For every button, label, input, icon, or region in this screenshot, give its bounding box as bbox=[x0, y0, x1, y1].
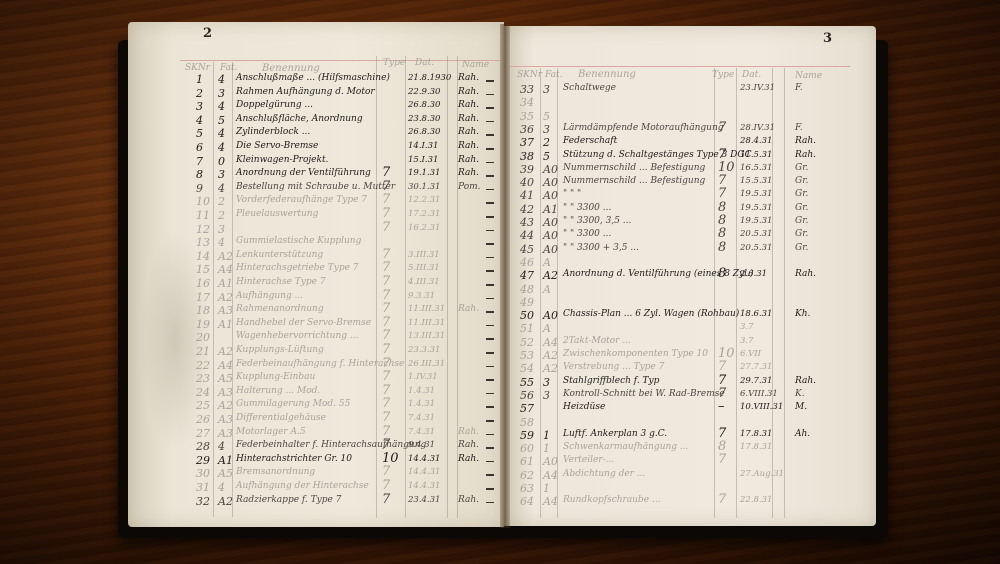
row-description: Abdichtung der ... bbox=[563, 469, 645, 479]
row-description: Federbeinaufhängung f. Hinterachse bbox=[236, 359, 404, 369]
row-date: 28.IV.31 bbox=[740, 123, 775, 133]
row-name: Rah. bbox=[795, 269, 816, 279]
row-number: 5 bbox=[196, 127, 203, 140]
row-name: Rah. bbox=[458, 155, 479, 165]
left-header-name: Name bbox=[462, 60, 489, 70]
row-type: 7 bbox=[718, 492, 726, 507]
margin-tick bbox=[486, 270, 494, 272]
margin-tick bbox=[486, 162, 494, 164]
row-date: 13.III.31 bbox=[408, 331, 445, 341]
row-fat: A5 bbox=[218, 467, 233, 480]
row-number: 62 bbox=[520, 469, 534, 482]
row-fat: A4 bbox=[218, 359, 233, 372]
row-fat: 1 bbox=[543, 429, 550, 442]
row-date: 11.III.31 bbox=[408, 304, 445, 314]
row-number: 57 bbox=[520, 402, 534, 415]
row-type: 7 bbox=[718, 452, 726, 467]
row-description: Federschaft bbox=[563, 136, 617, 146]
row-number: 34 bbox=[520, 96, 534, 109]
row-number: 17 bbox=[196, 291, 210, 304]
row-number: 51 bbox=[520, 322, 534, 335]
row-fat: 3 bbox=[543, 376, 550, 389]
row-fat: A bbox=[543, 283, 551, 296]
row-fat: A1 bbox=[218, 454, 233, 467]
right-header-type: Type bbox=[712, 70, 734, 80]
row-number: 28 bbox=[196, 440, 210, 453]
row-fat: A3 bbox=[218, 427, 233, 440]
margin-tick bbox=[486, 311, 494, 313]
left-header-type: Type bbox=[383, 58, 405, 68]
row-description: Hinterachstrichter Gr. 10 bbox=[236, 454, 352, 464]
row-number: 49 bbox=[520, 296, 534, 309]
row-date: 20.5.31 bbox=[740, 243, 772, 253]
row-description: Kupplungs-Lüftung bbox=[236, 345, 324, 355]
row-description: Heizdüse bbox=[563, 402, 605, 412]
row-fat: A bbox=[543, 256, 551, 269]
row-date: 1.IV.31 bbox=[408, 372, 438, 382]
row-date: 18.6.31 bbox=[740, 309, 772, 319]
row-fat: A0 bbox=[543, 229, 558, 242]
row-date: 17.8.31 bbox=[740, 442, 772, 452]
row-description: Federbeinhalter f. Hinterachsaufhängung bbox=[236, 440, 426, 450]
row-number: 27 bbox=[196, 427, 210, 440]
row-fat: A2 bbox=[218, 250, 233, 263]
row-date: 7.4.31 bbox=[408, 427, 435, 437]
row-fat: A4 bbox=[543, 469, 558, 482]
row-number: 9 bbox=[196, 182, 203, 195]
row-name: Rah. bbox=[458, 168, 479, 178]
row-number: 47 bbox=[520, 269, 534, 282]
row-date: 12.2.31 bbox=[408, 195, 440, 205]
margin-tick bbox=[486, 298, 494, 300]
row-type: 8 bbox=[718, 240, 726, 255]
row-date: 5.III.31 bbox=[408, 263, 440, 273]
row-number: 39 bbox=[520, 163, 534, 176]
row-name: F. bbox=[795, 123, 803, 133]
row-number: 53 bbox=[520, 349, 534, 362]
row-fat: A1 bbox=[218, 318, 233, 331]
row-number: 8 bbox=[196, 168, 203, 181]
row-date: 10.VIII.31 bbox=[740, 402, 783, 412]
row-name: Gr. bbox=[795, 163, 808, 173]
row-fat: 3 bbox=[218, 87, 225, 100]
row-date: 19.1.31 bbox=[408, 168, 440, 178]
row-description: Nummernschild ... Befestigung bbox=[563, 176, 705, 186]
row-fat: A3 bbox=[218, 386, 233, 399]
margin-tick bbox=[486, 379, 494, 381]
margin-tick bbox=[486, 366, 494, 368]
row-fat: 4 bbox=[218, 73, 225, 86]
row-date: 6.VII bbox=[740, 349, 761, 359]
row-number: 44 bbox=[520, 229, 534, 242]
row-fat: 4 bbox=[218, 182, 225, 195]
row-date: 27.7.31 bbox=[740, 362, 772, 372]
row-description: Kontroll-Schnitt bei W. Rad-Bremse bbox=[563, 389, 725, 399]
row-date: 21.8.1930 bbox=[408, 73, 451, 83]
row-number: 20 bbox=[196, 331, 210, 344]
row-number: 48 bbox=[520, 283, 534, 296]
row-fat: 4 bbox=[218, 236, 225, 249]
margin-tick bbox=[486, 338, 494, 340]
row-fat: A4 bbox=[218, 263, 233, 276]
row-name: Rah. bbox=[795, 150, 816, 160]
margin-tick bbox=[486, 352, 494, 354]
row-description: Anschlußmaße ... (Hilfsmaschine) bbox=[236, 73, 390, 83]
margin-tick bbox=[486, 175, 494, 177]
row-fat: A3 bbox=[218, 304, 233, 317]
row-description: Zwischenkomponenten Type 10 bbox=[563, 349, 708, 359]
row-fat: A0 bbox=[543, 163, 558, 176]
row-description: Vorderfederaufhänge Type 7 bbox=[236, 195, 367, 205]
margin-tick bbox=[486, 406, 494, 408]
margin-tick bbox=[486, 202, 494, 204]
row-date: 15.I.31 bbox=[408, 155, 438, 165]
row-date: 30.1.31 bbox=[408, 182, 440, 192]
row-date: 26.III.31 bbox=[408, 359, 445, 369]
row-fat: 2 bbox=[218, 195, 225, 208]
row-number: 46 bbox=[520, 256, 534, 269]
row-fat: A2 bbox=[543, 362, 558, 375]
row-number: 31 bbox=[196, 481, 210, 494]
margin-tick bbox=[486, 488, 494, 490]
row-date: 4.III.31 bbox=[408, 277, 440, 287]
left-page-number: 2 bbox=[203, 26, 212, 41]
row-fat: A4 bbox=[543, 495, 558, 508]
row-date: 28.4.31 bbox=[740, 136, 772, 146]
row-description: Differentialgehäuse bbox=[236, 413, 326, 423]
row-number: 15 bbox=[196, 263, 210, 276]
row-name: Gr. bbox=[795, 216, 808, 226]
right-col-rule bbox=[714, 68, 715, 518]
row-name: Gr. bbox=[795, 203, 808, 213]
book-spine bbox=[500, 24, 510, 528]
row-description: Luftf. Ankerplan 3 g.C. bbox=[563, 429, 667, 439]
row-date: 14.I.31 bbox=[408, 141, 438, 151]
row-date: 19.5.31 bbox=[740, 216, 772, 226]
row-description: Radzierkappe f. Type 7 bbox=[236, 495, 341, 505]
row-number: 22 bbox=[196, 359, 210, 372]
row-name: Rah. bbox=[795, 136, 816, 146]
margin-tick bbox=[486, 216, 494, 218]
row-description: " " 3300 + 3,5 ... bbox=[563, 243, 639, 253]
row-fat: 3 bbox=[218, 168, 225, 181]
margin-tick bbox=[486, 80, 494, 82]
row-description: " " 3300 ... bbox=[563, 229, 611, 239]
row-fat: A3 bbox=[218, 413, 233, 426]
row-date: 16.2.31 bbox=[408, 223, 440, 233]
row-number: 54 bbox=[520, 362, 534, 375]
row-description: Anordnung der Ventilführung bbox=[236, 168, 371, 178]
row-number: 21 bbox=[196, 345, 210, 358]
row-date: 15.5.31 bbox=[740, 176, 772, 186]
margin-tick bbox=[486, 243, 494, 245]
row-number: 18 bbox=[196, 304, 210, 317]
row-number: 32 bbox=[196, 495, 210, 508]
row-date: 16.5.31 bbox=[740, 163, 772, 173]
row-name: Gr. bbox=[795, 229, 808, 239]
row-fat: A2 bbox=[218, 345, 233, 358]
row-description: " " " bbox=[563, 189, 581, 199]
row-type: 7 bbox=[382, 492, 390, 507]
row-date: 26.8.30 bbox=[408, 100, 440, 110]
row-date: 17.8.31 bbox=[740, 429, 772, 439]
row-description: Aufhängung ... bbox=[236, 291, 303, 301]
row-fat: 3 bbox=[543, 389, 550, 402]
row-description: Stahlgriffblech f. Typ bbox=[563, 376, 659, 386]
row-name: Rah. bbox=[458, 127, 479, 137]
row-number: 26 bbox=[196, 413, 210, 426]
row-date: 9.3.31 bbox=[408, 291, 435, 301]
row-number: 6 bbox=[196, 141, 203, 154]
row-date: 19.5.31 bbox=[740, 189, 772, 199]
right-header-date: Dat. bbox=[742, 70, 761, 80]
row-fat: 4 bbox=[218, 141, 225, 154]
row-fat: 4 bbox=[218, 440, 225, 453]
row-number: 29 bbox=[196, 454, 210, 467]
row-number: 12 bbox=[196, 223, 210, 236]
margin-tick bbox=[486, 107, 494, 109]
row-description: " " 3300, 3,5 ... bbox=[563, 216, 631, 226]
left-col-rule bbox=[213, 62, 214, 517]
row-name: Ah. bbox=[795, 429, 810, 439]
row-fat: A2 bbox=[218, 399, 233, 412]
row-date: 1.4.31 bbox=[408, 399, 435, 409]
row-number: 61 bbox=[520, 455, 534, 468]
left-header-fat: Fat. bbox=[220, 63, 237, 73]
row-description: 2Takt-Motor ... bbox=[563, 336, 631, 346]
row-number: 56 bbox=[520, 389, 534, 402]
row-date: 3.7 bbox=[740, 336, 754, 346]
row-description: Pleuelauswertung bbox=[236, 209, 318, 219]
row-date: 22.8.31 bbox=[740, 495, 772, 505]
row-description: Halterung ... Mod. bbox=[236, 386, 320, 396]
left-header-nr: SKNr bbox=[185, 63, 210, 73]
row-number: 23 bbox=[196, 372, 210, 385]
row-number: 10 bbox=[196, 195, 210, 208]
row-description: Schwenkarmaufhängung ... bbox=[563, 442, 689, 452]
row-date: 17.2.31 bbox=[408, 209, 440, 219]
row-date: 14.4.31 bbox=[408, 454, 440, 464]
row-description: Nummernschild ... Befestigung bbox=[563, 163, 705, 173]
row-name: Kh. bbox=[795, 309, 810, 319]
row-number: 41 bbox=[520, 189, 534, 202]
row-number: 58 bbox=[520, 416, 534, 429]
margin-tick bbox=[486, 474, 494, 476]
row-fat: 1 bbox=[543, 482, 550, 495]
row-type: 7 bbox=[382, 220, 390, 235]
row-description: Bestellung mit Schraube u. Mutter bbox=[236, 182, 395, 192]
row-fat: 3 bbox=[218, 223, 225, 236]
row-type: 7 bbox=[718, 120, 726, 135]
row-description: Kupplung-Einbau bbox=[236, 372, 315, 382]
row-description: Lärmdämpfende Motoraufhängung bbox=[563, 123, 724, 133]
row-fat: A4 bbox=[543, 336, 558, 349]
row-fat: 4 bbox=[218, 481, 225, 494]
row-fat: A0 bbox=[543, 189, 558, 202]
row-fat: A5 bbox=[218, 372, 233, 385]
row-number: 1 bbox=[196, 73, 203, 86]
margin-tick bbox=[486, 325, 494, 327]
row-fat: A0 bbox=[543, 243, 558, 256]
margin-tick bbox=[486, 134, 494, 136]
margin-tick bbox=[486, 393, 494, 395]
row-fat: 2 bbox=[218, 209, 225, 222]
right-header-nr: SKNr bbox=[517, 70, 542, 80]
row-date: 7.4.31 bbox=[408, 413, 435, 423]
row-type: – bbox=[718, 399, 725, 414]
row-name: K. bbox=[795, 389, 805, 399]
row-description: Hinterachsgetriebe Type 7 bbox=[236, 263, 359, 273]
row-description: Rahmenanordnung bbox=[236, 304, 324, 314]
row-name: Rah. bbox=[458, 454, 479, 464]
row-number: 38 bbox=[520, 150, 534, 163]
row-fat: 4 bbox=[218, 127, 225, 140]
row-fat: 3 bbox=[543, 83, 550, 96]
right-col-rule bbox=[557, 68, 558, 518]
row-number: 59 bbox=[520, 429, 534, 442]
row-description: Rundkopfschraube ... bbox=[563, 495, 661, 505]
row-number: 60 bbox=[520, 442, 534, 455]
row-description: Anschlußfläche, Anordnung bbox=[236, 114, 363, 124]
row-number: 63 bbox=[520, 482, 534, 495]
row-description: Verstrebung ... Type 7 bbox=[563, 362, 664, 372]
row-number: 43 bbox=[520, 216, 534, 229]
row-name: Pom. bbox=[458, 182, 481, 192]
row-fat: A0 bbox=[543, 216, 558, 229]
row-date: 11.III.31 bbox=[408, 318, 445, 328]
row-fat: A2 bbox=[543, 349, 558, 362]
row-date: 23.4.31 bbox=[408, 495, 440, 505]
row-description: Doppelgürung ... bbox=[236, 100, 313, 110]
row-date: 6.VIII.31 bbox=[740, 389, 778, 399]
left-header-date: Dat. bbox=[415, 58, 434, 68]
row-number: 37 bbox=[520, 136, 534, 149]
row-name: Rah. bbox=[458, 304, 479, 314]
row-description: Wagenhebervorrichtung ... bbox=[236, 331, 358, 341]
row-name: Rah. bbox=[458, 141, 479, 151]
row-description: Schaltwege bbox=[563, 83, 616, 93]
row-number: 19 bbox=[196, 318, 210, 331]
row-number: 45 bbox=[520, 243, 534, 256]
margin-tick bbox=[486, 502, 494, 504]
row-name: Rah. bbox=[458, 427, 479, 437]
row-date: 23.8.30 bbox=[408, 114, 440, 124]
margin-tick bbox=[486, 420, 494, 422]
right-col-rule bbox=[784, 68, 785, 518]
row-date: 23.3.31 bbox=[408, 345, 440, 355]
row-fat: A1 bbox=[218, 277, 233, 290]
row-number: 35 bbox=[520, 110, 534, 123]
row-date: 26.8.30 bbox=[408, 127, 440, 137]
row-fat: 1 bbox=[543, 442, 550, 455]
row-name: Gr. bbox=[795, 243, 808, 253]
row-fat: A0 bbox=[543, 309, 558, 322]
row-description: Aufhängung der Hinterachse bbox=[236, 481, 369, 491]
row-name: F. bbox=[795, 83, 803, 93]
row-name: Rah. bbox=[458, 114, 479, 124]
row-number: 42 bbox=[520, 203, 534, 216]
row-description: Gummielastische Kupplung bbox=[236, 236, 361, 246]
margin-tick bbox=[486, 121, 494, 123]
row-number: 36 bbox=[520, 123, 534, 136]
margin-tick bbox=[486, 461, 494, 463]
row-number: 33 bbox=[520, 83, 534, 96]
row-description: Handhebel der Servo-Bremse bbox=[236, 318, 371, 328]
margin-tick bbox=[486, 148, 494, 150]
row-fat: 2 bbox=[543, 136, 550, 149]
row-description: " " 3300 ... bbox=[563, 203, 611, 213]
row-number: 52 bbox=[520, 336, 534, 349]
right-header-rule bbox=[510, 66, 850, 67]
row-name: Gr. bbox=[795, 176, 808, 186]
row-number: 11 bbox=[196, 209, 210, 222]
row-fat: 5 bbox=[543, 110, 550, 123]
row-description: Lenkunterstützung bbox=[236, 250, 323, 260]
left-header-rule bbox=[180, 60, 500, 61]
row-description: Gummilagerung Mod. 55 bbox=[236, 399, 350, 409]
left-col-rule bbox=[447, 56, 448, 518]
row-fat: 4 bbox=[218, 100, 225, 113]
row-description: Rahmen Aufhängung d. Motor bbox=[236, 87, 375, 97]
row-date: 19.5.31 bbox=[740, 203, 772, 213]
margin-tick bbox=[486, 257, 494, 259]
right-header-name: Name bbox=[795, 71, 822, 81]
row-number: 13 bbox=[196, 236, 210, 249]
row-date: 27.Aug.31 bbox=[740, 469, 784, 479]
row-description: Hinterachse Type 7 bbox=[236, 277, 326, 287]
row-description: Chassis-Plan ... 6 Zyl. Wagen (Rohbau) bbox=[563, 309, 739, 319]
row-date: 22.9.30 bbox=[408, 87, 440, 97]
row-number: 24 bbox=[196, 386, 210, 399]
row-name: Rah. bbox=[458, 100, 479, 110]
row-name: Rah. bbox=[458, 87, 479, 97]
row-date: 9.4.31 bbox=[408, 440, 435, 450]
row-date: 2.6.31 bbox=[740, 269, 767, 279]
margin-tick bbox=[486, 284, 494, 286]
row-number: 64 bbox=[520, 495, 534, 508]
row-number: 4 bbox=[196, 114, 203, 127]
row-number: 3 bbox=[196, 100, 203, 113]
margin-tick bbox=[486, 230, 494, 232]
right-col-rule bbox=[736, 68, 737, 518]
row-description: Bremsanordnung bbox=[236, 467, 315, 477]
row-number: 25 bbox=[196, 399, 210, 412]
row-fat: 5 bbox=[543, 150, 550, 163]
row-description: Die Servo-Bremse bbox=[236, 141, 318, 151]
row-description: Kleinwagen-Projekt. bbox=[236, 155, 328, 165]
row-fat: 5 bbox=[218, 114, 225, 127]
margin-tick bbox=[486, 94, 494, 96]
row-description: Motorlager A.5 bbox=[236, 427, 306, 437]
row-name: Gr. bbox=[795, 189, 808, 199]
row-date: 11.5.31 bbox=[740, 150, 772, 160]
row-fat: A0 bbox=[543, 176, 558, 189]
row-number: 40 bbox=[520, 176, 534, 189]
row-number: 14 bbox=[196, 250, 210, 263]
row-fat: 3 bbox=[543, 123, 550, 136]
row-description: Zylinderblock ... bbox=[236, 127, 310, 137]
row-number: 30 bbox=[196, 467, 210, 480]
row-date: 14.4.31 bbox=[408, 481, 440, 491]
row-number: 2 bbox=[196, 87, 203, 100]
row-date: 29.7.31 bbox=[740, 376, 772, 386]
row-fat: 0 bbox=[218, 155, 225, 168]
row-fat: A0 bbox=[543, 455, 558, 468]
row-number: 55 bbox=[520, 376, 534, 389]
row-name: Rah. bbox=[458, 495, 479, 505]
row-fat: A1 bbox=[543, 203, 558, 216]
row-name: Rah. bbox=[795, 376, 816, 386]
